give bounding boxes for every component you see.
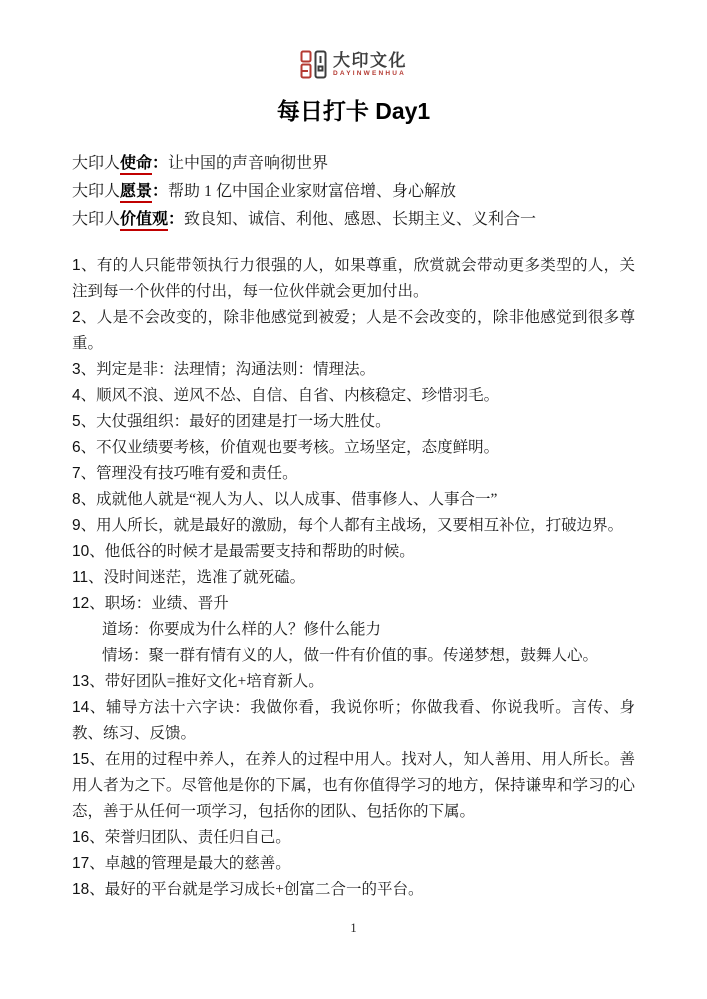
mission-term: 使命 <box>120 155 152 175</box>
list-item: 13、带好团队=推好文化+培育新人。 <box>72 669 635 695</box>
list-item: 9、用人所长，就是最好的激励，每个人都有主战场，又要相互补位，打破边界。 <box>72 513 635 539</box>
list-item-subline: 情场：聚一群有情有义的人，做一件有价值的事。传递梦想，鼓舞人心。 <box>72 643 635 669</box>
mission-prefix: 大印人 <box>72 155 120 172</box>
item-text: 职场：业绩、晋升 <box>105 595 229 612</box>
item-text: 没时间迷茫，选准了就死磕。 <box>104 569 306 586</box>
item-text: 管理没有技巧唯有爱和责任。 <box>96 465 298 482</box>
item-number: 14、 <box>72 699 106 716</box>
item-text: 卓越的管理是最大的慈善。 <box>105 855 291 872</box>
item-text: 用人所长，就是最好的激励，每个人都有主战场，又要相互补位，打破边界。 <box>96 517 623 534</box>
item-text: 大仗强组织：最好的团建是打一场大胜仗。 <box>96 413 391 430</box>
mission-line: 大印人使命：让中国的声音响彻世界 <box>72 150 635 178</box>
brand-subtitle: DAYINWENHUA <box>333 71 406 78</box>
list-item: 1、有的人只能带领执行力很强的人，如果尊重，欣赏就会带动更多类型的人，关注到每一… <box>72 253 635 305</box>
mission-separator: ： <box>152 183 168 200</box>
item-text: 荣誉归团队、责任归自己。 <box>105 829 291 846</box>
list-item: 6、不仅业绩要考核，价值观也要考核。立场坚定，态度鲜明。 <box>72 435 635 461</box>
item-text: 有的人只能带领执行力很强的人，如果尊重，欣赏就会带动更多类型的人，关注到每一个伙… <box>72 257 635 300</box>
mission-separator: ： <box>168 211 184 228</box>
brand-logo: 大印文化 DAYINWENHUA <box>72 46 635 84</box>
item-text: 判定是非：法理情；沟通法则：情理法。 <box>96 361 375 378</box>
item-number: 2、 <box>72 309 97 326</box>
list-item: 10、他低谷的时候才是最需要支持和帮助的时候。 <box>72 539 635 565</box>
brand-seal-icon <box>300 50 327 80</box>
item-text: 辅导方法十六字诀：我做你看，我说你听；你做我看、你说我听。言传、身教、练习、反馈… <box>72 699 635 742</box>
item-text: 他低谷的时候才是最需要支持和帮助的时候。 <box>105 543 415 560</box>
mission-line: 大印人价值观：致良知、诚信、利他、感恩、长期主义、义利合一 <box>72 206 635 234</box>
document-page: 大印文化 DAYINWENHUA 每日打卡 Day1 大印人使命：让中国的声音响… <box>0 0 707 999</box>
page-title: 每日打卡 Day1 <box>72 93 635 126</box>
item-number: 9、 <box>72 517 96 534</box>
item-number: 8、 <box>72 491 96 508</box>
item-text: 不仅业绩要考核，价值观也要考核。立场坚定，态度鲜明。 <box>96 439 499 456</box>
list-item: 14、辅导方法十六字诀：我做你看，我说你听；你做我看、你说我听。言传、身教、练习… <box>72 695 635 747</box>
item-number: 15、 <box>72 751 105 768</box>
mission-block: 大印人使命：让中国的声音响彻世界 大印人愿景：帮助 1 亿中国企业家财富倍增、身… <box>72 150 635 234</box>
list-item: 15、在用的过程中养人，在养人的过程中用人。找对人，知人善用、用人所长。善用人者… <box>72 747 635 825</box>
list-item: 11、没时间迷茫，选准了就死磕。 <box>72 565 635 591</box>
mission-separator: ： <box>152 155 168 172</box>
item-text: 顺风不浪、逆风不怂、自信、自省、内核稳定、珍惜羽毛。 <box>96 387 499 404</box>
list-item: 4、顺风不浪、逆风不怂、自信、自省、内核稳定、珍惜羽毛。 <box>72 383 635 409</box>
item-number: 5、 <box>72 413 96 430</box>
mission-text: 让中国的声音响彻世界 <box>168 155 328 172</box>
item-number: 7、 <box>72 465 96 482</box>
page-footer: 1 <box>0 921 707 936</box>
mission-prefix: 大印人 <box>72 183 120 200</box>
brand-logo-text: 大印文化 DAYINWENHUA <box>333 52 407 78</box>
item-number: 10、 <box>72 543 105 560</box>
brand-name: 大印文化 <box>333 52 407 69</box>
item-number: 16、 <box>72 829 105 846</box>
list-item: 17、卓越的管理是最大的慈善。 <box>72 851 635 877</box>
item-text: 成就他人就是“视人为人、以人成事、借事修人、人事合一” <box>96 491 497 508</box>
mission-text: 帮助 1 亿中国企业家财富倍增、身心解放 <box>168 183 456 200</box>
list-item: 16、荣誉归团队、责任归自己。 <box>72 825 635 851</box>
mission-term: 价值观 <box>120 211 168 231</box>
item-number: 18、 <box>72 881 105 898</box>
mission-text: 致良知、诚信、利他、感恩、长期主义、义利合一 <box>184 211 536 228</box>
item-text: 人是不会改变的，除非他感觉到被爱；人是不会改变的，除非他感觉到很多尊重。 <box>72 309 635 352</box>
list-item-subline: 道场：你要成为什么样的人？修什么能力 <box>72 617 635 643</box>
mission-line: 大印人愿景：帮助 1 亿中国企业家财富倍增、身心解放 <box>72 178 635 206</box>
notes-list: 1、有的人只能带领执行力很强的人，如果尊重，欣赏就会带动更多类型的人，关注到每一… <box>72 253 635 903</box>
list-item: 3、判定是非：法理情；沟通法则：情理法。 <box>72 357 635 383</box>
list-item: 8、成就他人就是“视人为人、以人成事、借事修人、人事合一” <box>72 487 635 513</box>
item-number: 17、 <box>72 855 105 872</box>
item-number: 11、 <box>72 569 104 586</box>
item-text: 最好的平台就是学习成长+创富二合一的平台。 <box>105 881 424 898</box>
item-number: 13、 <box>72 673 105 690</box>
item-number: 1、 <box>72 257 97 274</box>
list-item: 7、管理没有技巧唯有爱和责任。 <box>72 461 635 487</box>
list-item: 18、最好的平台就是学习成长+创富二合一的平台。 <box>72 877 635 903</box>
item-number: 6、 <box>72 439 96 456</box>
item-text: 带好团队=推好文化+培育新人。 <box>105 673 324 690</box>
mission-prefix: 大印人 <box>72 211 120 228</box>
list-item: 12、职场：业绩、晋升 <box>72 591 635 617</box>
mission-term: 愿景 <box>120 183 152 203</box>
item-number: 3、 <box>72 361 96 378</box>
item-number: 12、 <box>72 595 105 612</box>
list-item: 2、人是不会改变的，除非他感觉到被爱；人是不会改变的，除非他感觉到很多尊重。 <box>72 305 635 357</box>
page-number: 1 <box>350 921 356 935</box>
item-number: 4、 <box>72 387 96 404</box>
item-text: 在用的过程中养人，在养人的过程中用人。找对人，知人善用、用人所长。善用人者为之下… <box>72 751 635 820</box>
list-item: 5、大仗强组织：最好的团建是打一场大胜仗。 <box>72 409 635 435</box>
